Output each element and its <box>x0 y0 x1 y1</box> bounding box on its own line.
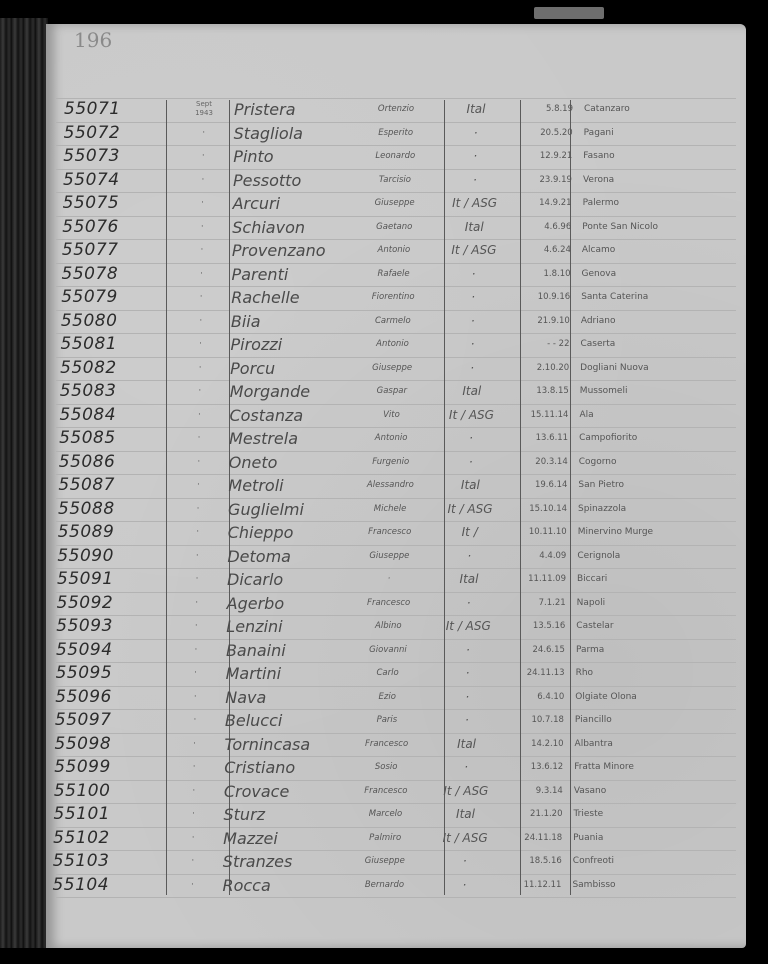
entry-given-name: Furgenio <box>351 451 431 475</box>
entry-date: · <box>172 239 232 263</box>
entry-given-name: Francesco <box>349 592 429 616</box>
entry-date: · <box>167 592 227 616</box>
entry-birth-date: 10.11.10 <box>512 521 567 545</box>
entry-given-name: Giuseppe <box>349 545 429 569</box>
entry-surname: Dicarlo <box>227 568 283 592</box>
register-row: 55091·Dicarlo·Ital11.11.09Biccari <box>49 568 729 592</box>
entry-number: 55073 <box>63 145 120 169</box>
entry-nationality: · <box>432 686 502 710</box>
register-row: 55094·BanainiGiovanni·24.6.15Parma <box>48 639 728 663</box>
entry-surname: Oneto <box>229 451 278 475</box>
entry-birth-date: 13.5.16 <box>510 615 565 639</box>
entry-given-name: Fiorentino <box>353 286 433 310</box>
entry-date: · <box>164 756 224 780</box>
entry-surname: Pirozzi <box>231 333 283 357</box>
entry-surname: Detoma <box>227 545 291 569</box>
entry-given-name: Tarcisio <box>355 169 435 193</box>
entry-date: · <box>171 286 231 310</box>
entry-number: 55095 <box>56 662 113 686</box>
entry-birth-date: 21.9.10 <box>515 310 570 334</box>
register-row: 55082·PorcuGiuseppe·2.10.20Dogliani Nuov… <box>52 357 732 381</box>
entry-number: 55080 <box>61 310 118 334</box>
entry-given-name: Giuseppe <box>352 357 432 381</box>
entry-birth-place: Pagani <box>584 122 614 146</box>
entry-number: 55084 <box>59 404 116 428</box>
entry-birth-date: 20.5.20 <box>518 122 573 146</box>
entry-number: 55091 <box>57 568 114 592</box>
entry-given-name: Carlo <box>348 662 428 686</box>
entry-given-name: Albino <box>348 615 428 639</box>
register-row: 55100·CrovaceFrancescoIt / ASG9.3.14Vasa… <box>46 780 726 804</box>
entry-birth-date: 15.11.14 <box>513 404 568 428</box>
entry-surname: Costanza <box>229 404 303 428</box>
entry-surname: Schiavon <box>232 216 305 240</box>
entry-nationality: · <box>438 310 508 334</box>
entry-nationality: · <box>436 451 506 475</box>
register-row: 55081·PirozziAntonio·- - 22Caserta <box>53 333 733 357</box>
entry-number: 55087 <box>58 474 115 498</box>
entry-birth-date: 18.5.16 <box>507 850 562 874</box>
register-row: 55078·ParentiRafaele·1.8.10Genova <box>54 263 734 287</box>
entry-given-name: Sosio <box>346 756 426 780</box>
entry-nationality: Ital <box>439 216 509 240</box>
entry-given-name: Esperito <box>356 122 436 146</box>
entry-surname: Cristiano <box>224 756 295 780</box>
entry-birth-place: Spinazzola <box>578 498 626 522</box>
entry-surname: Rachelle <box>231 286 299 310</box>
entry-nationality: Ital <box>431 803 501 827</box>
entry-number: 55092 <box>57 592 114 616</box>
entry-number: 55076 <box>62 216 119 240</box>
entry-number: 55099 <box>54 756 111 780</box>
entry-nationality: Ital <box>437 380 507 404</box>
entry-given-name: Bernardo <box>344 874 424 898</box>
entry-surname: Stagliola <box>234 122 303 146</box>
entry-number: 55085 <box>59 427 116 451</box>
entry-number: 55086 <box>59 451 116 475</box>
entry-number: 55083 <box>60 380 117 404</box>
entry-birth-date: 20.3.14 <box>513 451 568 475</box>
entry-birth-place: Ponte San Nicolo <box>582 216 658 240</box>
entry-date: · <box>163 827 223 851</box>
entry-nationality: · <box>440 145 510 169</box>
entry-date: · <box>164 803 224 827</box>
page-number: 196 <box>74 28 112 52</box>
entry-nationality: · <box>436 427 506 451</box>
entry-surname: Metroli <box>228 474 283 498</box>
entry-nationality: It / ASG <box>440 192 510 216</box>
entry-number: 55071 <box>64 98 121 122</box>
entry-number: 55104 <box>52 874 109 898</box>
entry-nationality: It / ASG <box>431 780 501 804</box>
entry-birth-place: Caserta <box>581 333 616 357</box>
entry-surname: Guglielmi <box>228 498 304 522</box>
entry-number: 55094 <box>56 639 113 663</box>
entry-date: · <box>173 192 233 216</box>
entry-date: · <box>170 380 230 404</box>
entry-birth-date: 13.6.11 <box>513 427 568 451</box>
entry-birth-place: Confreoti <box>573 850 614 874</box>
entry-number: 55077 <box>62 239 119 263</box>
entry-given-name: Marcelo <box>346 803 426 827</box>
entry-nationality: · <box>441 122 511 146</box>
entry-surname: Mestrela <box>229 427 298 451</box>
entry-surname: Crovace <box>224 780 289 804</box>
entry-date: · <box>172 263 232 287</box>
entry-nationality: · <box>431 756 501 780</box>
entry-birth-date: 19.6.14 <box>512 474 567 498</box>
entry-birth-place: Fratta Minore <box>574 756 634 780</box>
register-row: 55092·AgerboFrancesco·7.1.21Napoli <box>49 592 729 616</box>
entry-given-name: Paris <box>347 709 427 733</box>
register-row: 55076·SchiavonGaetanoItal4.6.96Ponte San… <box>54 216 734 240</box>
entry-birth-date: 1.8.10 <box>516 263 571 287</box>
entry-nationality: It / ASG <box>433 615 503 639</box>
entry-birth-date: 4.6.96 <box>516 216 571 240</box>
entry-birth-place: Alcamo <box>582 239 615 263</box>
entry-birth-date: 15.10.14 <box>512 498 567 522</box>
entry-nationality: · <box>434 592 504 616</box>
entry-given-name: Gaetano <box>354 216 434 240</box>
entry-birth-place: Adriano <box>581 310 616 334</box>
entry-given-name: Francesco <box>347 733 427 757</box>
entry-given-name: Francesco <box>346 780 426 804</box>
entry-birth-place: Dogliani Nuova <box>580 357 649 381</box>
entry-birth-date: 7.1.21 <box>511 592 566 616</box>
entry-birth-date: 14.9.21 <box>517 192 572 216</box>
entry-surname: Arcuri <box>233 192 280 216</box>
entry-given-name: Giuseppe <box>345 850 425 874</box>
entry-given-name: Rafaele <box>354 263 434 287</box>
entry-date: · <box>165 709 225 733</box>
entry-nationality: · <box>438 286 508 310</box>
entry-birth-place: Cerignola <box>577 545 620 569</box>
entry-nationality: · <box>434 545 504 569</box>
entry-birth-date: 11.12.11 <box>506 874 561 898</box>
entry-date: · <box>166 615 226 639</box>
entry-number: 55081 <box>61 333 118 357</box>
entry-birth-place: Albantra <box>575 733 613 757</box>
entry-surname: Biia <box>231 310 261 334</box>
entry-birth-date: 13.8.15 <box>514 380 569 404</box>
entry-given-name: Antonio <box>353 333 433 357</box>
entry-nationality: Ital <box>441 98 511 122</box>
entry-number: 55100 <box>54 780 111 804</box>
entry-number: 55102 <box>53 827 110 851</box>
register-row: 55093·LenziniAlbinoIt / ASG13.5.16Castel… <box>48 615 728 639</box>
register-row: 55075·ArcuriGiuseppeIt / ASG14.9.21Paler… <box>55 192 735 216</box>
entry-birth-place: Verona <box>583 169 614 193</box>
entry-birth-place: Piancillo <box>575 709 612 733</box>
entry-date: · <box>162 874 222 898</box>
entry-birth-place: Sambisso <box>572 874 615 898</box>
register-row: 55096·NavaEzio·6.4.10Olgiate Olona <box>47 686 727 710</box>
entry-given-name: · <box>349 568 429 592</box>
register-row: 55104·RoccaBernardo·11.12.11Sambisso <box>44 874 724 898</box>
entry-date: · <box>165 686 225 710</box>
entry-birth-place: Puania <box>573 827 603 851</box>
register-row: 55102·MazzeiPalmiroIt / ASG24.11.18Puani… <box>45 827 725 851</box>
entry-birth-date: 14.2.10 <box>509 733 564 757</box>
entry-date: · <box>171 310 231 334</box>
entry-nationality: · <box>440 169 510 193</box>
index-tab <box>534 7 604 19</box>
entry-number: 55078 <box>62 263 119 287</box>
entry-date: · <box>169 427 229 451</box>
entry-birth-date: 6.4.10 <box>509 686 564 710</box>
register-row: 55103·StranzesGiuseppe·18.5.16Confreoti <box>45 850 725 874</box>
entry-birth-place: Catanzaro <box>584 98 630 122</box>
entry-surname: Parenti <box>232 263 289 287</box>
entry-surname: Martini <box>226 662 282 686</box>
entry-birth-place: Castelar <box>576 615 613 639</box>
entry-surname: Morgande <box>230 380 310 404</box>
entry-surname: Rocca <box>222 874 270 898</box>
entry-birth-place: Campofiorito <box>579 427 637 451</box>
entry-given-name: Giovanni <box>348 639 428 663</box>
entry-date: · <box>163 850 223 874</box>
entry-birth-place: Genova <box>582 263 617 287</box>
entry-nationality: Ital <box>432 733 502 757</box>
register-row: 55087·MetroliAlessandroItal19.6.14San Pi… <box>50 474 730 498</box>
register-row: 55073·PintoLeonardo·12.9.21Fasano <box>55 145 735 169</box>
entry-number: 55082 <box>60 357 117 381</box>
entry-given-name: Carmelo <box>353 310 433 334</box>
entry-nationality: · <box>433 662 503 686</box>
entry-date: · <box>167 568 227 592</box>
entry-birth-place: Rho <box>576 662 593 686</box>
entry-surname: Pinto <box>233 145 273 169</box>
entry-given-name: Ortenzio <box>356 98 436 122</box>
entry-birth-date: 9.3.14 <box>508 780 563 804</box>
entry-surname: Tornincasa <box>225 733 311 757</box>
entry-date: · <box>168 474 228 498</box>
entry-birth-date: 5.8.19 <box>518 98 573 122</box>
register-page: 196 Sept 1943 55071PristeraOrtenzioItal5… <box>46 24 746 948</box>
entry-date: · <box>174 122 234 146</box>
entry-birth-place: Santa Caterina <box>581 286 648 310</box>
entry-birth-date: 2.10.20 <box>514 357 569 381</box>
entry-surname: Pessotto <box>233 169 301 193</box>
register-row: 55084·CostanzaVitoIt / ASG15.11.14Ala <box>51 404 731 428</box>
entry-birth-date: 11.11.09 <box>511 568 566 592</box>
entry-date: · <box>170 357 230 381</box>
entry-given-name: Alessandro <box>350 474 430 498</box>
entry-birth-place: Trieste <box>574 803 604 827</box>
entry-nationality: It / ASG <box>435 498 505 522</box>
book-spine-page-stack <box>0 18 48 948</box>
entry-surname: Nava <box>225 686 266 710</box>
entry-birth-place: Cogorno <box>579 451 617 475</box>
entry-nationality: · <box>430 850 500 874</box>
entry-surname: Agerbo <box>227 592 284 616</box>
entry-birth-date: 13.6.12 <box>508 756 563 780</box>
entry-surname: Pristera <box>234 98 296 122</box>
entry-surname: Sturz <box>224 803 266 827</box>
entry-birth-date: 21.1.20 <box>508 803 563 827</box>
register-row: 55086·OnetoFurgenio·20.3.14Cogorno <box>51 451 731 475</box>
entry-nationality: It / ASG <box>436 404 506 428</box>
entry-date: · <box>166 662 226 686</box>
entry-date: · <box>173 145 233 169</box>
entry-date: · <box>168 521 228 545</box>
entry-number: 55089 <box>58 521 115 545</box>
entry-number: 55090 <box>57 545 114 569</box>
entry-nationality: · <box>439 263 509 287</box>
entry-nationality: Ital <box>435 474 505 498</box>
entry-given-name: Ezio <box>347 686 427 710</box>
entry-surname: Chieppo <box>228 521 294 545</box>
entry-birth-place: San Pietro <box>578 474 624 498</box>
register-row: 55097·BelucciParis·10.7.18Piancillo <box>47 709 727 733</box>
entry-date: · <box>165 733 225 757</box>
entry-nationality: · <box>437 357 507 381</box>
entry-birth-place: Ala <box>579 404 593 428</box>
entry-number: 55097 <box>55 709 112 733</box>
entry-birth-date: 4.4.09 <box>511 545 566 569</box>
register-row: 55072·StagliolaEsperito·20.5.20Pagani <box>56 122 736 146</box>
entry-date: · <box>172 216 232 240</box>
entry-birth-date: 23.9.19 <box>517 169 572 193</box>
entry-birth-place: Olgiate Olona <box>575 686 637 710</box>
entry-nationality: It / ASG <box>430 827 500 851</box>
entry-date: · <box>169 404 229 428</box>
entry-nationality: · <box>438 333 508 357</box>
entry-birth-date: 4.6.24 <box>516 239 571 263</box>
entry-given-name: Antonio <box>354 239 434 263</box>
entry-given-name: Antonio <box>351 427 431 451</box>
entry-birth-date: 10.9.16 <box>515 286 570 310</box>
entry-birth-place: Palermo <box>583 192 619 216</box>
entry-birth-date: - - 22 <box>515 333 570 357</box>
entry-surname: Provenzano <box>232 239 326 263</box>
entry-birth-date: 24.11.13 <box>510 662 565 686</box>
entry-given-name: Giuseppe <box>355 192 435 216</box>
entry-surname: Lenzini <box>226 615 282 639</box>
entry-birth-place: Napoli <box>577 592 605 616</box>
register-row: 55098·TornincasaFrancescoItal14.2.10Alba… <box>47 733 727 757</box>
entry-date: · <box>173 169 233 193</box>
entry-birth-place: Mussomeli <box>580 380 628 404</box>
register-row: 55088·GuglielmiMicheleIt / ASG15.10.14Sp… <box>50 498 730 522</box>
entry-nationality: It / ASG <box>439 239 509 263</box>
entry-nationality: · <box>429 874 499 898</box>
entry-given-name: Francesco <box>350 521 430 545</box>
entry-number: 55096 <box>55 686 112 710</box>
entry-given-name: Palmiro <box>345 827 425 851</box>
entry-given-name: Vito <box>351 404 431 428</box>
entry-birth-date: 12.9.21 <box>517 145 572 169</box>
entry-date: · <box>164 780 224 804</box>
entry-birth-place: Fasano <box>583 145 614 169</box>
register-row: 55101·SturzMarceloItal21.1.20Trieste <box>46 803 726 827</box>
entry-number: 55079 <box>61 286 118 310</box>
entry-birth-place: Biccari <box>577 568 607 592</box>
entry-birth-place: Parma <box>576 639 604 663</box>
entry-birth-date: 10.7.18 <box>509 709 564 733</box>
entry-given-name: Gaspar <box>352 380 432 404</box>
entry-number: 55101 <box>54 803 111 827</box>
entry-number: 55088 <box>58 498 115 522</box>
register-row: 55077·ProvenzanoAntonioIt / ASG4.6.24Alc… <box>54 239 734 263</box>
entry-nationality: · <box>432 709 502 733</box>
entry-date: · <box>168 498 228 522</box>
entry-given-name: Michele <box>350 498 430 522</box>
entry-birth-place: Minervino Murge <box>578 521 653 545</box>
register-row: 55090·DetomaGiuseppe·4.4.09Cerignola <box>49 545 729 569</box>
entry-nationality: It / <box>435 521 505 545</box>
entry-surname: Porcu <box>230 357 275 381</box>
register-row: 55079·RachelleFiorentino·10.9.16Santa Ca… <box>53 286 733 310</box>
register-row: 55071PristeraOrtenzioItal5.8.19Catanzaro <box>56 98 736 122</box>
entry-number: 55093 <box>56 615 113 639</box>
entry-number: 55074 <box>63 169 120 193</box>
entry-given-name: Leonardo <box>355 145 435 169</box>
entry-number: 55072 <box>64 122 121 146</box>
entry-nationality: · <box>433 639 503 663</box>
entry-birth-date: 24.11.18 <box>507 827 562 851</box>
register-row: 55099·CristianoSosio·13.6.12Fratta Minor… <box>46 756 726 780</box>
register-row: 55080·BiiaCarmelo·21.9.10Adriano <box>53 310 733 334</box>
entry-birth-place: Vasano <box>574 780 606 804</box>
register-row: 55095·MartiniCarlo·24.11.13Rho <box>48 662 728 686</box>
entry-surname: Stranzes <box>223 850 293 874</box>
entry-number: 55075 <box>63 192 120 216</box>
entry-birth-date: 24.6.15 <box>510 639 565 663</box>
entry-date: · <box>167 545 227 569</box>
entry-surname: Banaini <box>226 639 286 663</box>
register-row: 55085·MestrelaAntonio·13.6.11Campofiorit… <box>51 427 731 451</box>
register-row: 55089·ChieppoFrancescoIt /10.11.10Minerv… <box>50 521 730 545</box>
ruling-line <box>56 897 736 898</box>
entry-number: 55103 <box>53 850 110 874</box>
entry-surname: Mazzei <box>223 827 278 851</box>
entry-nationality: Ital <box>434 568 504 592</box>
entry-date: · <box>166 639 226 663</box>
register-row: 55074·PessottoTarcisio·23.9.19Verona <box>55 169 735 193</box>
entry-date: · <box>171 333 231 357</box>
entry-number: 55098 <box>55 733 112 757</box>
entry-surname: Belucci <box>225 709 282 733</box>
register-row: 55083·MorgandeGasparItal13.8.15Mussomeli <box>52 380 732 404</box>
entry-date: · <box>169 451 229 475</box>
